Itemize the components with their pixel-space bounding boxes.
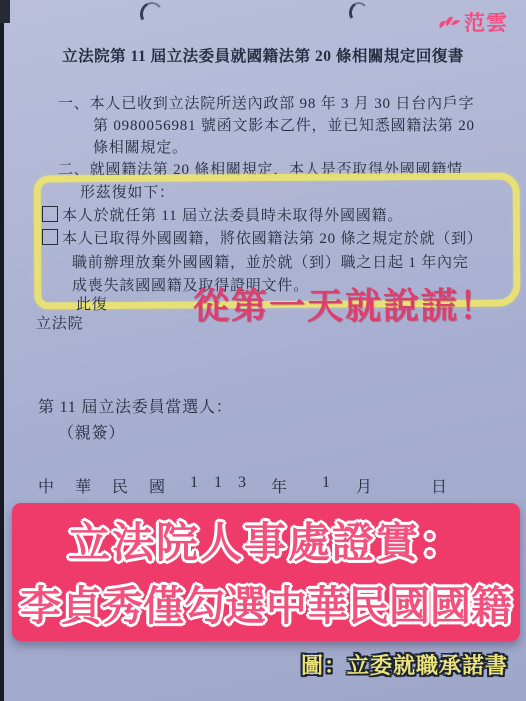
date-token: 月 [356, 474, 372, 497]
paper-curl-mark-icon [137, 0, 165, 28]
date-token: 國 [149, 474, 165, 497]
fanyun-logo: 范雲 [437, 7, 508, 37]
fanyun-logo-text: 范雲 [464, 7, 508, 37]
date-token: 1 [190, 474, 198, 492]
overlay-headline: 從第一天就說謊！ [193, 278, 497, 329]
checkbox-row-1: 本人於就任第 11 屆立法委員時未取得外國國籍。 [42, 204, 403, 225]
checkbox-unchecked-icon [42, 229, 58, 245]
date-token: 1 [214, 474, 222, 492]
photo-corner-shadow [0, 0, 10, 23]
checkbox-unchecked-icon [42, 206, 58, 222]
checkbox1-label: 本人於就任第 11 屆立法委員時未取得外國國籍。 [62, 208, 403, 224]
banner-line-1: 立法院人事處證實： [12, 510, 520, 570]
pink-banner: 立法院人事處證實： 李貞秀僅勾選中華民國國籍 [12, 503, 520, 641]
date-token: 1 [322, 474, 330, 492]
date-token: 年 [271, 474, 287, 497]
banner-line-2: 李貞秀僅勾選中華民國國籍 [12, 573, 520, 632]
date-token: 日 [431, 474, 447, 497]
sign-note: （親簽） [58, 420, 125, 443]
signee-label: 第 11 屆立法委員當選人： [38, 394, 233, 417]
image-caption: 圖：立委就職承諾書 [301, 649, 508, 680]
paragraph1-line1: 一、本人已收到立法院所送內政部 98 年 3 月 30 日台內戶字 [58, 92, 474, 113]
paragraph1-line3: 條相關規定。 [93, 136, 188, 157]
fan-petals-icon [437, 12, 461, 32]
date-token: 中 [38, 474, 54, 497]
paper-curl-mark-icon [347, 1, 369, 25]
date-token: 民 [112, 474, 128, 497]
date-token: 華 [75, 474, 91, 497]
date-token: 3 [238, 474, 246, 492]
photo-left-edge [0, 0, 4, 701]
checkbox2-label-line2: 職前辦理放棄外國國籍，並於就（到）職之日起 1 年內完 [72, 251, 469, 272]
checkbox2-label-line1: 本人已取得外國國籍，將依國籍法第 20 條之規定於就（到） [62, 231, 483, 247]
checkbox-row-2: 本人已取得外國國籍，將依國籍法第 20 條之規定於就（到） [42, 227, 483, 248]
paragraph1-line2: 第 0980056981 號函文影本乙件，並已知悉國籍法第 20 [93, 114, 475, 135]
addressee: 立法院 [36, 312, 83, 333]
document-title: 立法院第 11 屆立法委員就國籍法第 20 條相關規定回復書 [0, 44, 526, 66]
document-photo: 范雲 立法院第 11 屆立法委員就國籍法第 20 條相關規定回復書 一、本人已收… [0, 0, 526, 701]
closing-phrase: 此復 [76, 293, 108, 314]
